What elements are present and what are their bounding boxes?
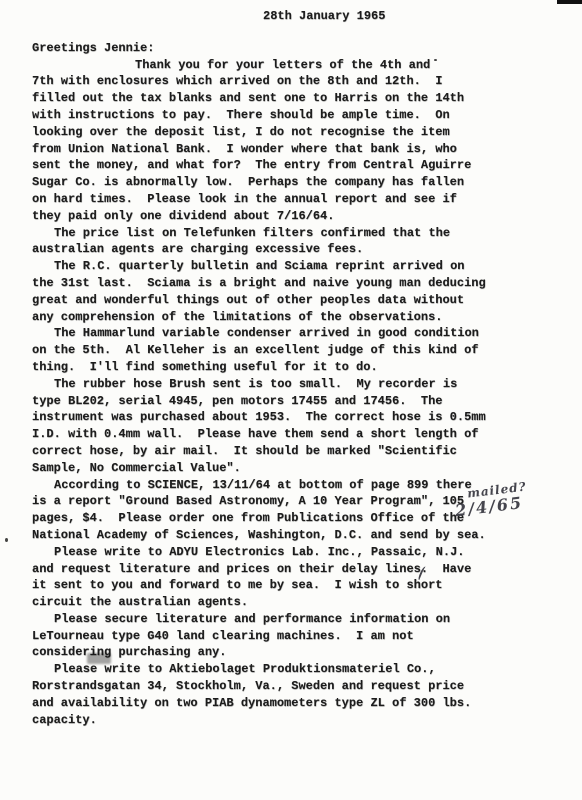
letter-line: The R.C. quarterly bulletin and Sciama r… — [32, 258, 552, 275]
letter-line: type BL202, serial 4945, pen motors 1745… — [32, 393, 552, 410]
letter-line: with instructions to pay. There should b… — [32, 107, 552, 124]
letter-line: Please write to Aktiebolaget Produktions… — [32, 661, 552, 678]
letter-line: The Hammarlund variable condenser arrive… — [32, 325, 552, 342]
handwritten-annotation: mailed? 2/4/65 — [466, 479, 529, 516]
letter-line: on hard times. Please look in the annual… — [32, 191, 552, 208]
letter-line: from Union National Bank. I wonder where… — [32, 141, 552, 158]
letter-line: capacity. — [32, 712, 552, 729]
letter-line: any comprehension of the limitations of … — [32, 309, 552, 326]
letter-line: great and wonderful things out of other … — [32, 292, 552, 309]
letter-line: looking over the deposit list, I do not … — [32, 124, 552, 141]
letter-line: it sent to you and forward to me by sea.… — [32, 577, 552, 594]
letter-line: filled out the tax blanks and sent one t… — [32, 90, 552, 107]
scan-artifact-bar — [557, 0, 582, 4]
letter-date: 28th January 1965 — [263, 8, 552, 25]
letter-line: Thank you for your letters of the 4th an… — [32, 57, 552, 74]
letter-content: 28th January 1965 Greetings Jennie: Than… — [32, 8, 552, 728]
letter-line: and availability on two PIAB dynamometer… — [32, 695, 552, 712]
letter-line: Please write to ADYU Electronics Lab. In… — [32, 544, 552, 561]
letter-line: The rubber hose Brush sent is too small.… — [32, 376, 552, 393]
letter-line: National Academy of Sciences, Washington… — [32, 527, 552, 544]
letter-line: Sugar Co. is abnormally low. Perhaps the… — [32, 174, 552, 191]
letter-line: on the 5th. Al Kelleher is an excellent … — [32, 342, 552, 359]
letter-line: The price list on Telefunken filters con… — [32, 225, 552, 242]
overtype-smudge — [87, 653, 111, 664]
letter-line: australian agents are charging excessive… — [32, 241, 552, 258]
letter-line: Please secure literature and performance… — [32, 611, 552, 628]
scan-speck — [5, 538, 8, 542]
letter-line: they paid only one dividend about 7/16/6… — [32, 208, 552, 225]
salutation: Greetings Jennie: — [32, 40, 552, 57]
letter-line: 7th with enclosures which arrived on the… — [32, 73, 552, 90]
letter-line: correct hose, by air mail. It should be … — [32, 443, 552, 460]
letter-body: Thank you for your letters of the 4th an… — [32, 57, 552, 729]
letter-line: Rorstrandsgatan 34, Stockholm, Va., Swed… — [32, 678, 552, 695]
letter-line: instrument was purchased about 1953. The… — [32, 409, 552, 426]
letter-line: and request literature and prices on the… — [32, 561, 552, 578]
letter-line: sent the money, and what for? The entry … — [32, 157, 552, 174]
letter-line: circuit the australian agents. — [32, 594, 552, 611]
letter-line: I.D. with 0.4mm wall. Please have them s… — [32, 426, 552, 443]
letter-line: the 31st last. Sciama is a bright and na… — [32, 275, 552, 292]
letter-line: LeTourneau type G40 land clearing machin… — [32, 628, 552, 645]
letter-line: Sample, No Commercial Value". — [32, 460, 552, 477]
letter-page: 28th January 1965 Greetings Jennie: Than… — [0, 0, 582, 800]
letter-line: thing. I'll find something useful for it… — [32, 359, 552, 376]
